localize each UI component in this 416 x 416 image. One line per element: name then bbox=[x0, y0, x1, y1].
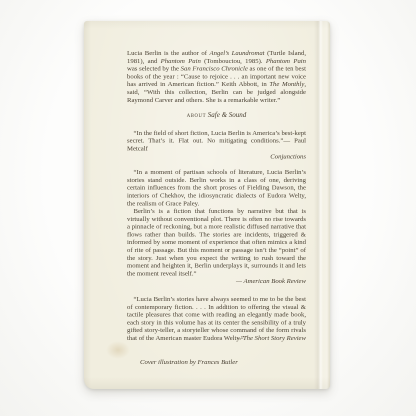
spine-crease bbox=[314, 21, 323, 389]
review-quote-metcalf: “In the field of short fiction, Lucia Be… bbox=[127, 129, 306, 152]
review-quote-abr-part2: Berlin’s is a fiction that functions by … bbox=[127, 207, 306, 277]
publication-name-monthly: The Monthly bbox=[269, 80, 304, 88]
cover-credit: Cover illustration by Frances Butler bbox=[140, 358, 306, 366]
book-title-phantom-pain: Phantom Pain bbox=[266, 57, 306, 65]
attribution-american-book-review: — American Book Review bbox=[127, 277, 306, 285]
about-heading: ABOUT Safe & Sound bbox=[127, 111, 306, 120]
about-label: ABOUT bbox=[187, 114, 206, 119]
text-block: Lucia Berlin is the author of Angel’s La… bbox=[127, 49, 306, 366]
book-title-angels-laundromat: Angel’s Laundromat bbox=[210, 49, 265, 57]
blurb-segment: Lucia Berlin is the author of bbox=[127, 49, 210, 57]
book-title-phantom-pain: Phantom Pain bbox=[161, 57, 201, 65]
book-back-cover: Lucia Berlin is the author of Angel’s La… bbox=[84, 21, 330, 389]
attribution-conjunctions: Conjunctions bbox=[127, 152, 306, 160]
blurb-segment: was selected by the bbox=[127, 65, 181, 73]
book-title-safe-and-sound: Safe & Sound bbox=[208, 112, 247, 120]
review-quote-abr-part1: “In a moment of partisan schools of lite… bbox=[127, 168, 306, 207]
blurb-segment: (Tombouctou, 1985). bbox=[201, 57, 266, 65]
photo-background: Lucia Berlin is the author of Angel’s La… bbox=[0, 0, 416, 416]
publication-name-chronicle: San Francisco Chronicle bbox=[181, 65, 248, 73]
publisher-blurb: Lucia Berlin is the author of Angel’s La… bbox=[127, 49, 306, 104]
